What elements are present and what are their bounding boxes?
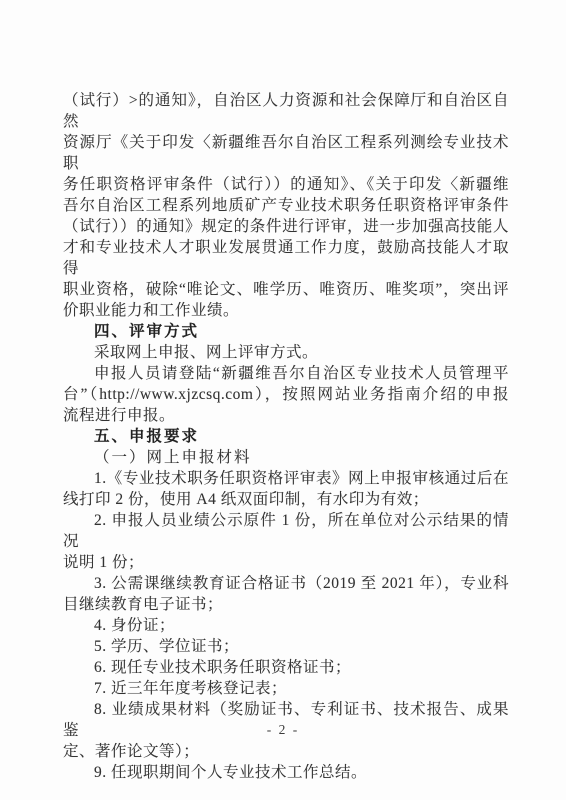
section-heading-application-requirements: 五、申报要求	[63, 426, 509, 447]
doc-line: 说明 1 份；	[63, 552, 509, 573]
doc-line: 价职业能力和工作业绩。	[63, 300, 509, 321]
list-item-9: 9. 任现职期间个人专业技术工作总结。	[63, 762, 509, 783]
doc-line: 线打印 2 份，使用 A4 纸双面印制，有水印为有效；	[63, 489, 509, 510]
doc-line-with-url: 台”（http://www.xjzcsq.com），按照网站业务指南介绍的申报	[63, 384, 509, 405]
list-item-3: 3. 公需课继续教育证合格证书（2019 至 2021 年），专业科	[63, 573, 509, 594]
doc-line: （试行）>的通知》，自治区人力资源和社会保障厅和自治区自然	[63, 90, 509, 132]
doc-line: 才和专业技术人才职业发展贯通工作力度，鼓励高技能人才取得	[63, 237, 509, 279]
doc-line: 目继续教育电子证书；	[63, 594, 509, 615]
doc-line: 流程进行申报。	[63, 405, 509, 426]
doc-line: 采取网上申报、网上评审方式。	[63, 342, 509, 363]
document-page: （试行）>的通知》，自治区人力资源和社会保障厅和自治区自然 资源厅《关于印发〈新…	[0, 0, 566, 800]
subsection-heading-online-materials: （一）网上申报材料	[63, 447, 509, 468]
list-item-5: 5. 学历、学位证书；	[63, 636, 509, 657]
doc-line: 申报人员请登陆“新疆维吾尔自治区专业技术人员管理平	[63, 363, 509, 384]
document-text-block: （试行）>的通知》，自治区人力资源和社会保障厅和自治区自然 资源厅《关于印发〈新…	[63, 90, 509, 783]
doc-line: 吾尔自治区工程系列地质矿产专业技术职务任职资格评审条件	[63, 195, 509, 216]
list-item-2: 2. 申报人员业绩公示原件 1 份，所在单位对公示结果的情况	[63, 510, 509, 552]
list-item-6: 6. 现任专业技术职务任职资格证书；	[63, 657, 509, 678]
list-item-1: 1.《专业技术职务任职资格评审表》网上申报审核通过后在	[63, 468, 509, 489]
section-heading-review-method: 四、评审方式	[63, 321, 509, 342]
doc-line: 资源厅《关于印发〈新疆维吾尔自治区工程系列测绘专业技术职	[63, 132, 509, 174]
doc-line: 职业资格，破除“唯论文、唯学历、唯资历、唯奖项”，突出评	[63, 279, 509, 300]
doc-line: 定、著作论文等）；	[63, 741, 509, 762]
list-item-7: 7. 近三年年度考核登记表；	[63, 678, 509, 699]
list-item-4: 4. 身份证；	[63, 615, 509, 636]
page-number: - 2 -	[0, 722, 566, 738]
doc-line: （试行））的通知》规定的条件进行评审，进一步加强高技能人	[63, 216, 509, 237]
doc-line: 务任职资格评审条件（试行））的通知》、《关于印发〈新疆维	[63, 174, 509, 195]
